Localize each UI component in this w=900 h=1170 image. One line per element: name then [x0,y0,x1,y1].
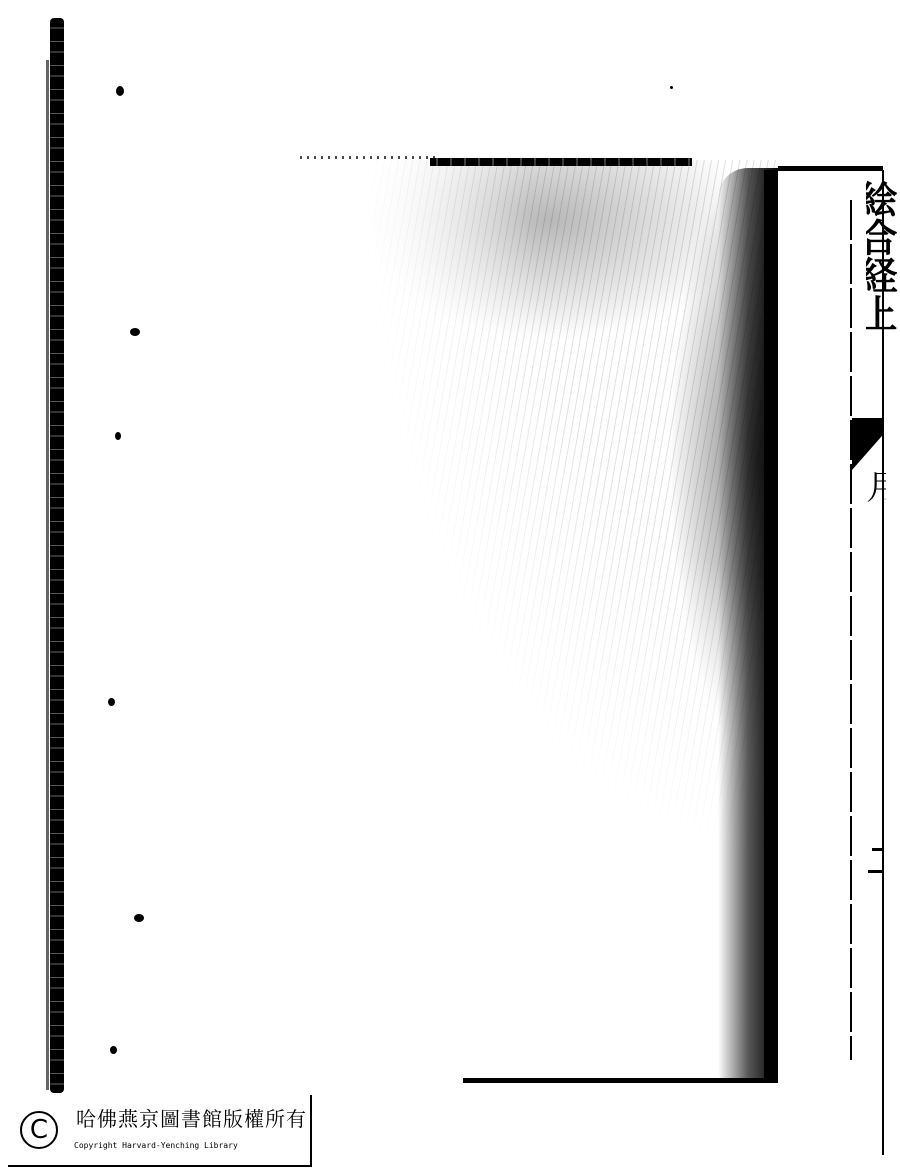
page-top-edge-faint [300,156,440,159]
page-gutter-edge [764,170,778,1080]
copyright-icon: C [20,1111,58,1149]
book-title-column: 絵合経上 [866,180,900,370]
text-fragment: 月 [866,460,886,509]
right-page-column-rule [850,200,852,1060]
scanned-page: 絵合経上 月 [0,0,900,1170]
ink-speck [134,914,144,922]
ink-speck [130,328,140,336]
page-curl-shadow [320,160,780,940]
ink-speck [116,86,124,96]
left-binding-edge [50,18,64,1093]
copyright-english-text: Copyright Harvard-Yenching Library [74,1141,238,1150]
ink-speck [115,432,121,440]
copyright-chinese-text: 哈佛燕京圖書館版權所有 [76,1103,307,1132]
left-binding-shadow [46,60,49,1090]
ink-speck [110,1046,117,1054]
ink-speck [670,86,673,89]
page-number-mark [868,840,884,880]
right-page-top-border [778,166,883,171]
ink-speck [108,698,115,706]
copyright-notice: C 哈佛燕京圖書館版權所有 Copyright Harvard-Yenching… [8,1095,312,1167]
